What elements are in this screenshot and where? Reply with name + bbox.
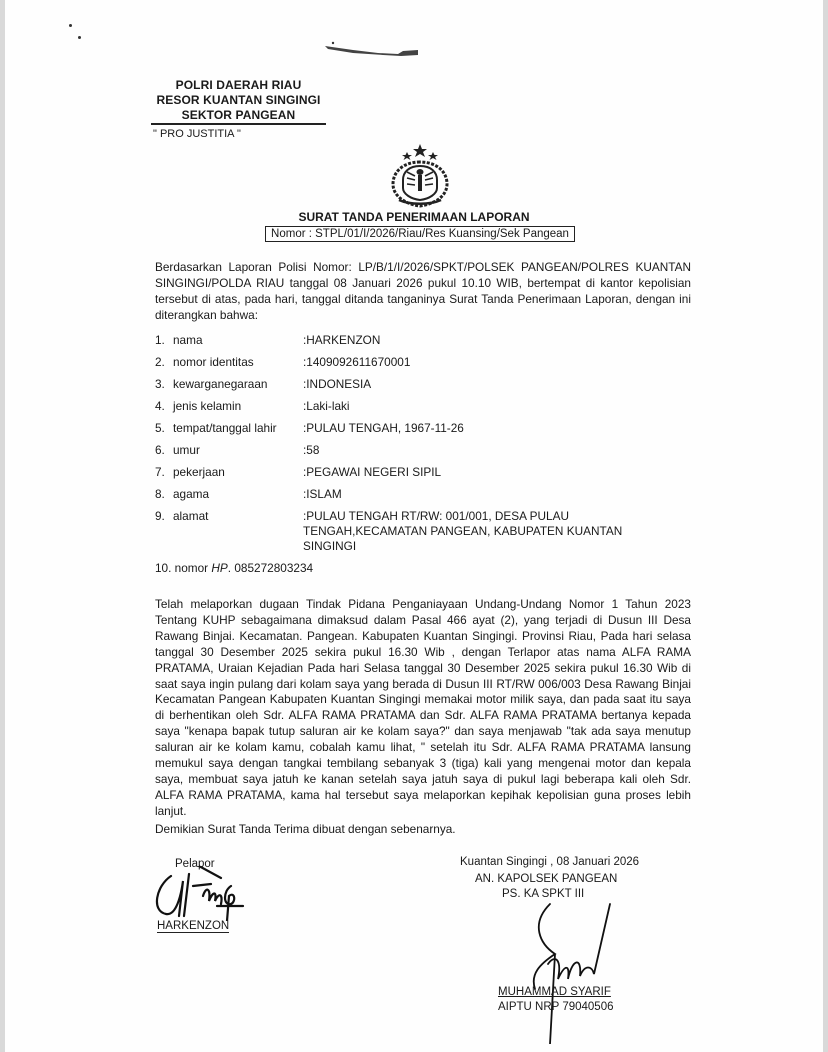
officer-signature-icon [510,884,620,1044]
reporter-name: HARKENZON [157,920,229,933]
field-number: 7. [155,465,171,479]
pro-justitia: " PRO JUSTITIA " [153,128,241,140]
field-label: pekerjaan [173,465,303,479]
phone-value: . 085272803234 [228,561,313,575]
field-number: 1. [155,333,171,347]
field-number: 2. [155,355,171,369]
place-date: Kuantan Singingi , 08 Januari 2026 [460,856,639,868]
field-value: :PULAU TENGAH RT/RW: 001/001, DESA PULAU… [303,509,643,554]
field-label: jenis kelamin [173,399,303,413]
field-label: umur [173,443,303,457]
field-number: 3. [155,377,171,391]
field-value: :Laki-laki [303,399,643,414]
document-number: Nomor : STPL/01/I/2026/Riau/Res Kuansing… [265,226,575,242]
officer-name: MUHAMMAD SYARIF [498,986,611,998]
letterhead: POLRI DAERAH RIAU RESOR KUANTAN SINGINGI… [151,78,326,123]
field-label: kewarganegaraan [173,377,303,391]
field-number: 5. [155,421,171,435]
document-title: SURAT TANDA PENERIMAAN LAPORAN [5,210,823,224]
field-number: 6. [155,443,171,457]
scan-dot [69,24,72,27]
field-value: :INDONESIA [303,377,643,392]
letterhead-line: POLRI DAERAH RIAU [151,78,326,93]
scan-dot [78,36,81,39]
officer-rank-nrp: AIPTU NRP 79040506 [498,1001,614,1013]
letterhead-line: SEKTOR PANGEAN [151,108,326,123]
field-label: nomor identitas [173,355,303,369]
field-value: :1409092611670001 [303,355,643,370]
field-number: 4. [155,399,171,413]
field-label: agama [173,487,303,501]
phone-hp-label: HP [211,561,227,575]
intro-paragraph: Berdasarkan Laporan Polisi Nomor: LP/B/1… [155,259,691,323]
letterhead-divider [151,123,326,125]
field-value: :PEGAWAI NEGERI SIPIL [303,465,643,480]
reporter-signature-icon [151,866,246,921]
scan-smudge [323,40,433,60]
field-label: alamat [173,509,303,523]
field-label: nama [173,333,303,347]
field-value: :PULAU TENGAH, 1967-11-26 [303,421,643,436]
field-number: 8. [155,487,171,501]
page-edge-right [823,0,828,1052]
field-value: :ISLAM [303,487,643,502]
closing-statement: Demikian Surat Tanda Terima dibuat denga… [155,821,691,837]
document-page: POLRI DAERAH RIAU RESOR KUANTAN SINGINGI… [5,0,823,1052]
police-emblem-icon [385,142,455,208]
letterhead-line: RESOR KUANTAN SINGINGI [151,93,326,108]
phone-prefix: 10. nomor [155,561,211,575]
field-number: 9. [155,509,171,523]
field-value: :58 [303,443,643,458]
field-value: :HARKENZON [303,333,643,348]
incident-description: Telah melaporkan dugaan Tindak Pidana Pe… [155,597,691,820]
field-label: tempat/tanggal lahir [173,421,303,435]
field-row-phone: 10. nomor HP. 085272803234 [155,561,313,575]
